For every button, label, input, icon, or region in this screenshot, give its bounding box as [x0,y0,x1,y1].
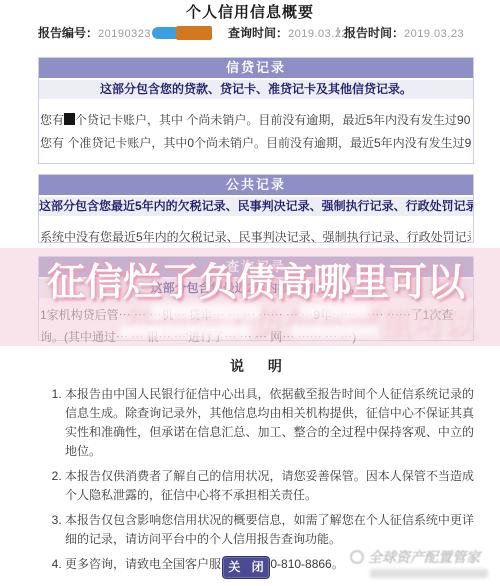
brand-logo-icon [350,550,364,564]
meta-divider [337,27,339,37]
page-title: 个人信用信息概要 [0,1,500,22]
note-item: 本报告仅包含影响您信用状况的概要信息，如需了解您在个人征信系统中更详细的记录，请… [65,511,474,549]
section-public-subtitle: 这部分包含您最近5年内的欠税记录、民事判决记录、强制执行记录、行政处罚记录及电信… [39,197,473,216]
section-credit-records: 信贷记录 这部分包含您的贷款、贷记卡、准贷记卡及其他信贷记录。 您有个贷记卡账户… [38,57,474,164]
credit-line-1-post: 个贷记卡账户，其中 个尚未销户。目前没有逾期，最近5年内没有发生过90天以上逾期… [75,113,471,127]
section-public-title: 公共记录 [39,175,473,197]
report-number: 报告编号：20190323 [38,24,212,41]
query-time-value: 2019.03.22 [288,28,348,40]
credit-line-2: 您有 个准贷记卡账户，其中0个尚未销户。目前没有逾期，最近5年内没有发生过90天… [40,132,471,155]
notes-list: 本报告由中国人民银行征信中心出具，依据截至报告时间个人征信系统记录的信息生成。除… [38,385,474,574]
redaction-black-block [64,113,75,125]
close-button[interactable]: 关 闭 [222,556,270,579]
public-line-1: 系统中没有您最近5年内的欠税记录、民事判决记录、强制执行记录、行政处罚记录及电信… [40,226,471,249]
section-credit-title: 信贷记录 [39,58,473,80]
brand-watermark-text: 全球资产配置管家 [368,547,480,567]
section-query-records: 查询记录 这部分包含您最近2年内被查询的记录。 1家机构贷后管⋯ ⋯ ⋯机⋯ 贷… [38,256,474,341]
note-item: 本报告由中国人民银行征信中心出具，依据截至报告时间个人征信系统记录的信息生成。除… [65,385,474,461]
brand-watermark-subline [370,569,488,578]
report-number-label: 报告编号： [38,26,98,40]
section-query-body: 1家机构贷后管⋯ ⋯ ⋯机⋯ 贷审⋯ ⋯ ⋯ ⋯⋯ ⋯ ⋯9年⋯⋯ ⋯⋯ ⋯⋯了… [39,298,473,356]
query-time-label: 查询时间： [228,26,288,40]
section-public-body: 系统中没有您最近5年内的欠税记录、民事判决记录、强制执行记录、行政处罚记录及电信… [39,216,473,257]
section-public-records: 公共记录 这部分包含您最近5年内的欠税记录、民事判决记录、强制执行记录、行政处罚… [38,174,474,243]
brand-watermark: 全球资产配置管家 [350,547,488,578]
redaction-orange-block [176,26,212,40]
note-item: 本报告仅供消费者了解自己的信用状况，请您妥善保管。因本人保管不当造成个人隐私泄露… [65,467,474,505]
report-time-label: 报告时间： [344,26,404,40]
report-number-value: 20190323 [98,28,151,40]
section-query-title: 查询记录 [39,257,473,279]
redaction-blue-block [152,27,176,39]
query-line-1: 1家机构贷后管⋯ ⋯ ⋯机⋯ 贷审⋯ ⋯ ⋯ ⋯⋯ ⋯ ⋯9年⋯⋯ ⋯⋯ ⋯⋯了… [40,304,471,348]
section-query-subtitle: 这部分包含您最近2年内被查询的记录。 [39,279,473,298]
report-time: 报告时间：2019.03.23 [344,24,464,41]
section-credit-body: 您有个贷记卡账户，其中 个尚未销户。目前没有逾期，最近5年内没有发生过90天以上… [39,99,473,163]
notes-title: 说 明 [38,356,474,376]
credit-line-1: 您有个贷记卡账户，其中 个尚未销户。目前没有逾期，最近5年内没有发生过90天以上… [40,109,471,132]
credit-line-1-pre: 您有 [40,113,64,127]
section-credit-subtitle: 这部分包含您的贷款、贷记卡、准贷记卡及其他信贷记录。 [39,80,473,99]
report-time-value: 2019.03.23 [404,28,464,40]
query-time: 查询时间：2019.03.22 [228,24,348,41]
